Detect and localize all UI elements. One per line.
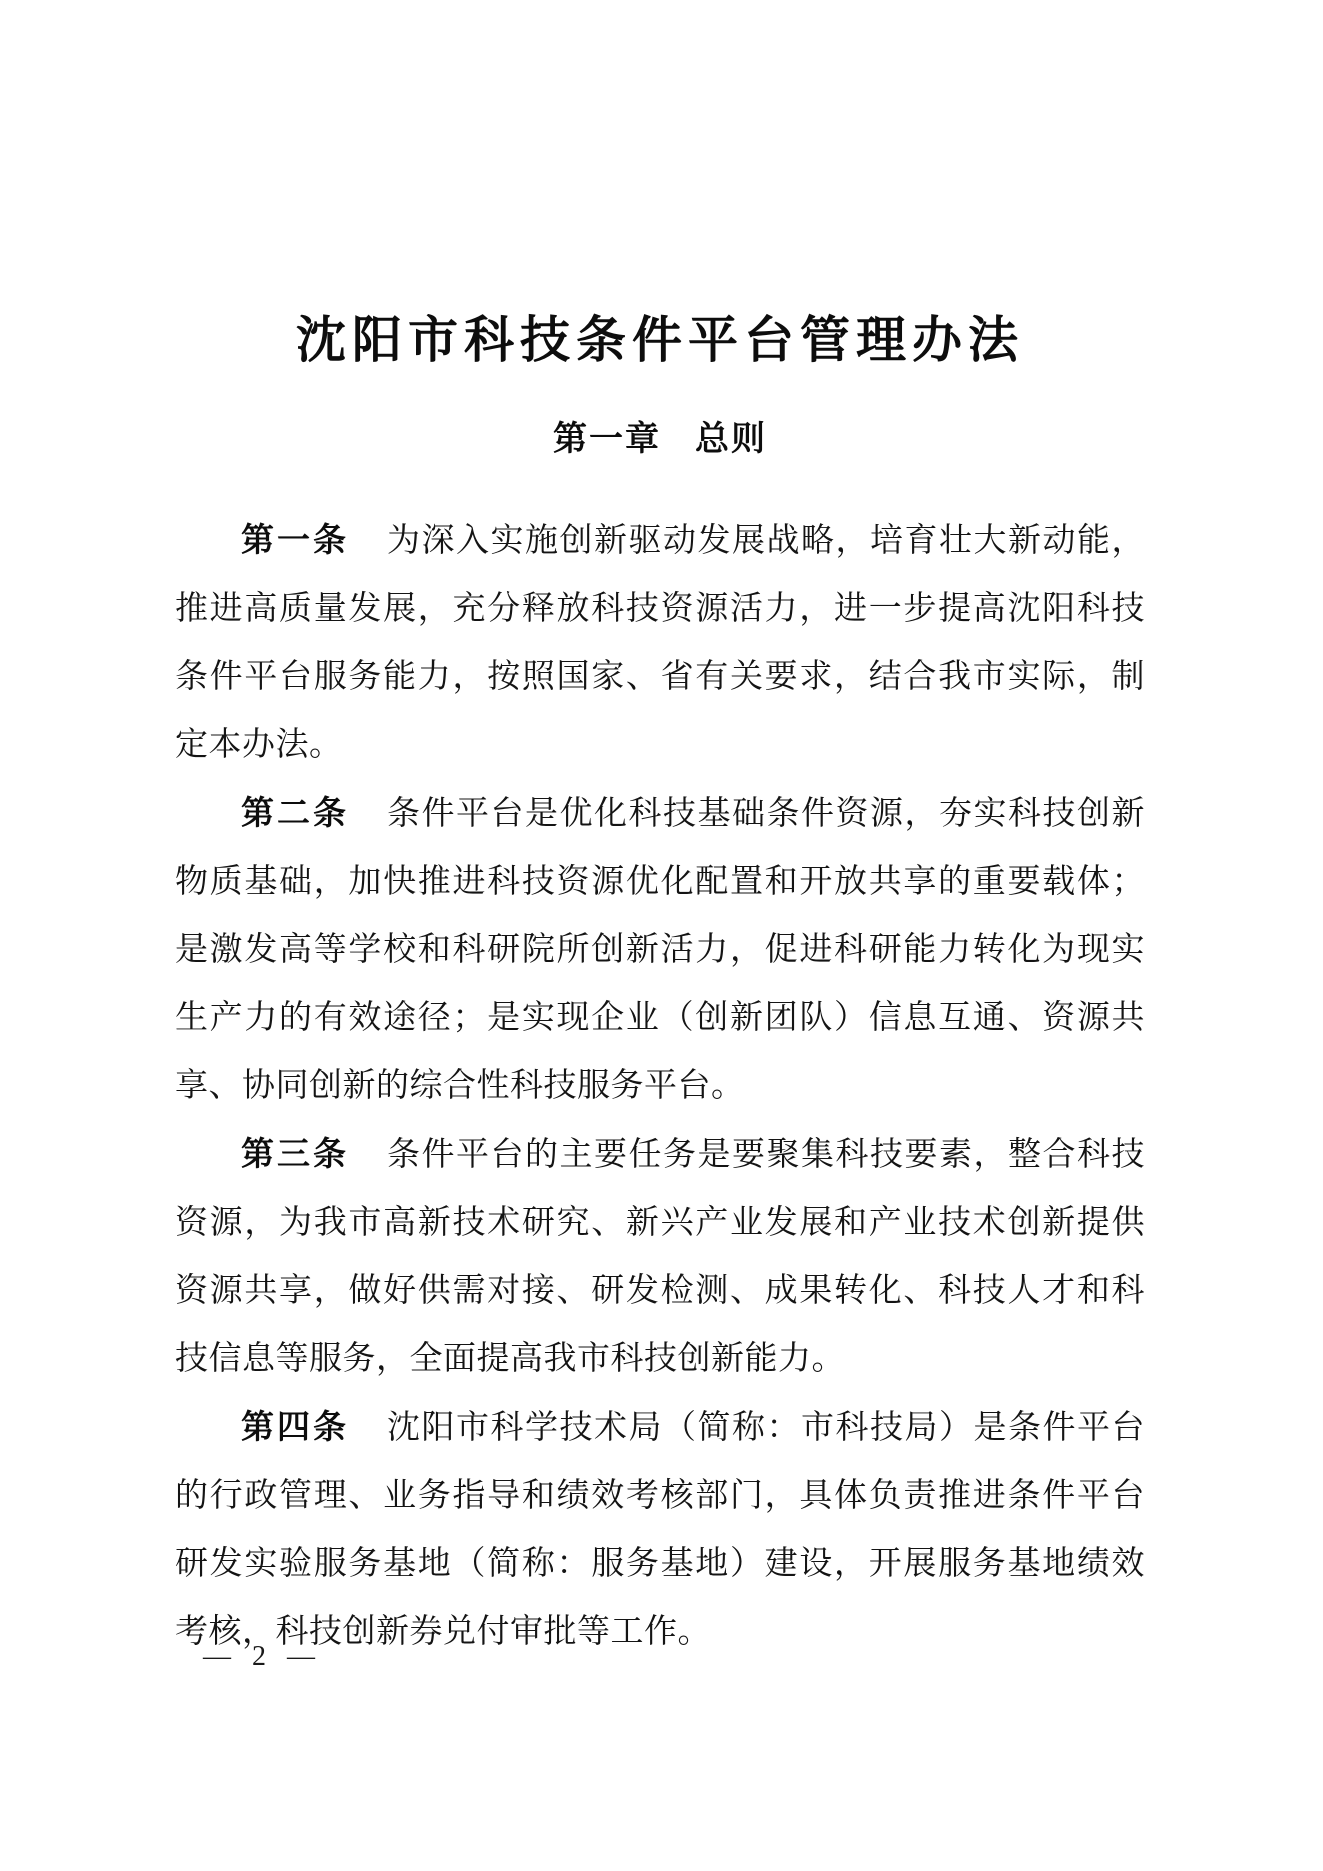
article-number: 第四条 (241, 1408, 349, 1445)
page-number: — 2 — (203, 1642, 316, 1672)
article-text: 条件平台的主要任务是要聚集科技要素，整合科技资源，为我市高新技术研究、新兴产业发… (175, 1137, 1145, 1377)
article-number: 第二条 (241, 794, 349, 831)
chapter-heading: 第一章总则 (175, 422, 1145, 456)
document-body: 第一条为深入实施创新驱动发展战略，培育壮大新动能，推进高质量发展，充分释放科技资… (175, 506, 1145, 1666)
article-number: 第三条 (241, 1135, 349, 1172)
article-text: 为深入实施创新驱动发展战略，培育壮大新动能，推进高质量发展，充分释放科技资源活力… (175, 523, 1145, 763)
chapter-name: 总则 (695, 420, 767, 458)
article-paragraph-1: 第一条为深入实施创新驱动发展战略，培育壮大新动能，推进高质量发展，充分释放科技资… (175, 506, 1145, 779)
article-text: 沈阳市科学技术局（简称：市科技局）是条件平台的行政管理、业务指导和绩效考核部门，… (175, 1410, 1145, 1650)
article-number: 第一条 (241, 521, 349, 558)
article-paragraph-4: 第四条沈阳市科学技术局（简称：市科技局）是条件平台的行政管理、业务指导和绩效考核… (175, 1393, 1145, 1666)
chapter-number: 第一章 (553, 420, 661, 458)
document-title: 沈阳市科技条件平台管理办法 (175, 314, 1145, 366)
article-paragraph-3: 第三条条件平台的主要任务是要聚集科技要素，整合科技资源，为我市高新技术研究、新兴… (175, 1120, 1145, 1393)
article-paragraph-2: 第二条条件平台是优化科技基础条件资源，夯实科技创新物质基础，加快推进科技资源优化… (175, 779, 1145, 1120)
article-text: 条件平台是优化科技基础条件资源，夯实科技创新物质基础，加快推进科技资源优化配置和… (175, 796, 1145, 1104)
document-page: 沈阳市科技条件平台管理办法 第一章总则 第一条为深入实施创新驱动发展战略，培育壮… (0, 0, 1323, 1871)
